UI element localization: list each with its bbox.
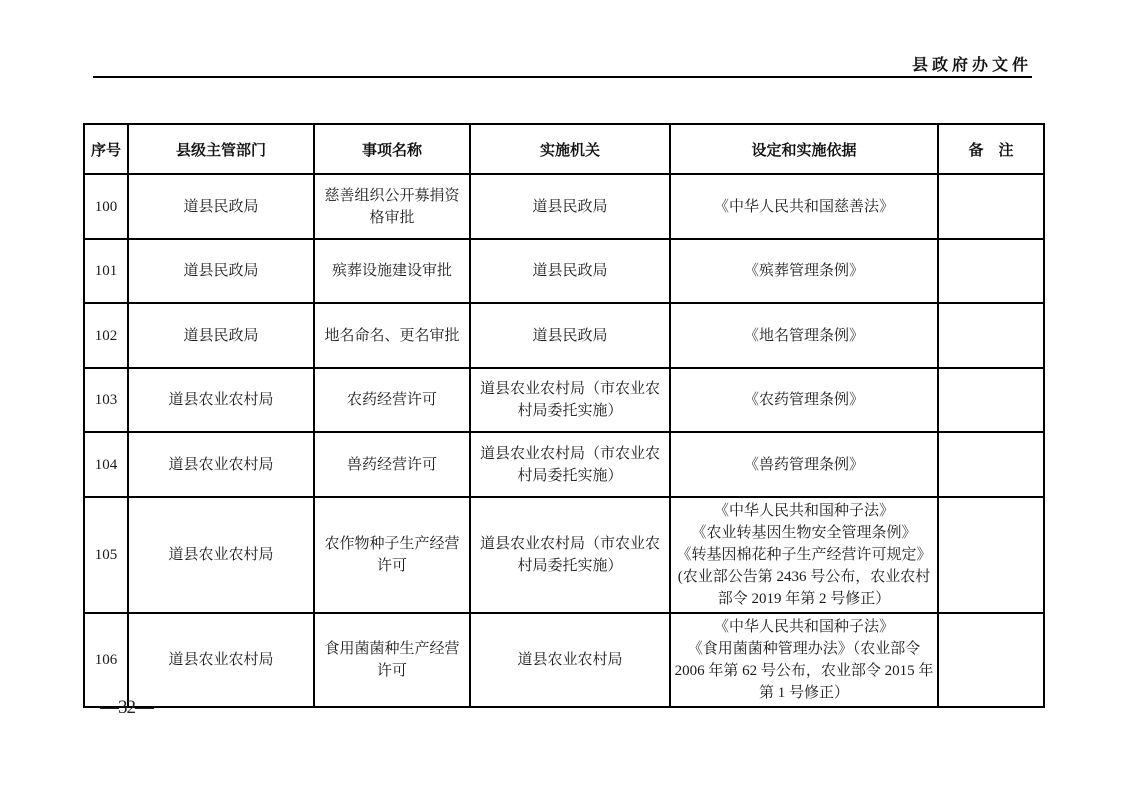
cell-note [938,497,1044,613]
approval-items-table: 序号 县级主管部门 事项名称 实施机关 设定和实施依据 备 注 100 道县民政… [83,123,1045,708]
cell-item-name: 殡葬设施建设审批 [314,239,470,303]
header-rule-divider [93,76,1032,78]
cell-item-name: 食用菌菌种生产经营许可 [314,613,470,707]
cell-serial-number: 106 [84,613,128,707]
cell-serial-number: 101 [84,239,128,303]
cell-agency: 道县民政局 [470,303,670,368]
cell-basis: 《地名管理条例》 [670,303,938,368]
cell-serial-number: 102 [84,303,128,368]
cell-basis: 《中华人民共和国种子法》 《农业转基因生物安全管理条例》 《转基因棉花种子生产经… [670,497,938,613]
column-header-note: 备 注 [938,124,1044,174]
page-number: —32— [100,697,153,719]
cell-agency: 道县农业农村局 [470,613,670,707]
column-header-item: 事项名称 [314,124,470,174]
cell-basis: 《中华人民共和国慈善法》 [670,174,938,239]
table-row: 103 道县农业农村局 农药经营许可 道县农业农村局（市农业农村局委托实施） 《… [84,368,1044,432]
cell-agency: 道县农业农村局（市农业农村局委托实施） [470,432,670,497]
column-header-dept: 县级主管部门 [128,124,314,174]
cell-item-name: 慈善组织公开募捐资格审批 [314,174,470,239]
column-header-basis: 设定和实施依据 [670,124,938,174]
cell-basis: 《殡葬管理条例》 [670,239,938,303]
cell-note [938,303,1044,368]
cell-note [938,613,1044,707]
cell-item-name: 农作物种子生产经营许可 [314,497,470,613]
column-header-agency: 实施机关 [470,124,670,174]
cell-basis: 《兽药管理条例》 [670,432,938,497]
cell-department: 道县农业农村局 [128,368,314,432]
cell-agency: 道县农业农村局（市农业农村局委托实施） [470,497,670,613]
table-row: 105 道县农业农村局 农作物种子生产经营许可 道县农业农村局（市农业农村局委托… [84,497,1044,613]
table-header-row: 序号 县级主管部门 事项名称 实施机关 设定和实施依据 备 注 [84,124,1044,174]
cell-agency: 道县农业农村局（市农业农村局委托实施） [470,368,670,432]
column-header-no: 序号 [84,124,128,174]
cell-serial-number: 100 [84,174,128,239]
table-row: 106 道县农业农村局 食用菌菌种生产经营许可 道县农业农村局 《中华人民共和国… [84,613,1044,707]
cell-item-name: 农药经营许可 [314,368,470,432]
cell-note [938,239,1044,303]
table-row: 101 道县民政局 殡葬设施建设审批 道县民政局 《殡葬管理条例》 [84,239,1044,303]
cell-agency: 道县民政局 [470,239,670,303]
document-page: 县政府办文件 序号 县级主管部门 事项名称 实施机关 设定和实施依据 备 注 1… [0,0,1122,793]
cell-basis: 《农药管理条例》 [670,368,938,432]
cell-note [938,368,1044,432]
cell-department: 道县民政局 [128,174,314,239]
document-header-title: 县政府办文件 [912,52,1032,75]
table-row: 100 道县民政局 慈善组织公开募捐资格审批 道县民政局 《中华人民共和国慈善法… [84,174,1044,239]
table-row: 104 道县农业农村局 兽药经营许可 道县农业农村局（市农业农村局委托实施） 《… [84,432,1044,497]
cell-department: 道县农业农村局 [128,613,314,707]
cell-item-name: 地名命名、更名审批 [314,303,470,368]
cell-department: 道县农业农村局 [128,497,314,613]
cell-item-name: 兽药经营许可 [314,432,470,497]
table-row: 102 道县民政局 地名命名、更名审批 道县民政局 《地名管理条例》 [84,303,1044,368]
cell-department: 道县农业农村局 [128,432,314,497]
cell-note [938,432,1044,497]
cell-serial-number: 104 [84,432,128,497]
cell-serial-number: 105 [84,497,128,613]
cell-department: 道县民政局 [128,239,314,303]
cell-basis: 《中华人民共和国种子法》 《食用菌菌种管理办法》（农业部令 2006 年第 62… [670,613,938,707]
cell-department: 道县民政局 [128,303,314,368]
cell-note [938,174,1044,239]
cell-agency: 道县民政局 [470,174,670,239]
cell-serial-number: 103 [84,368,128,432]
